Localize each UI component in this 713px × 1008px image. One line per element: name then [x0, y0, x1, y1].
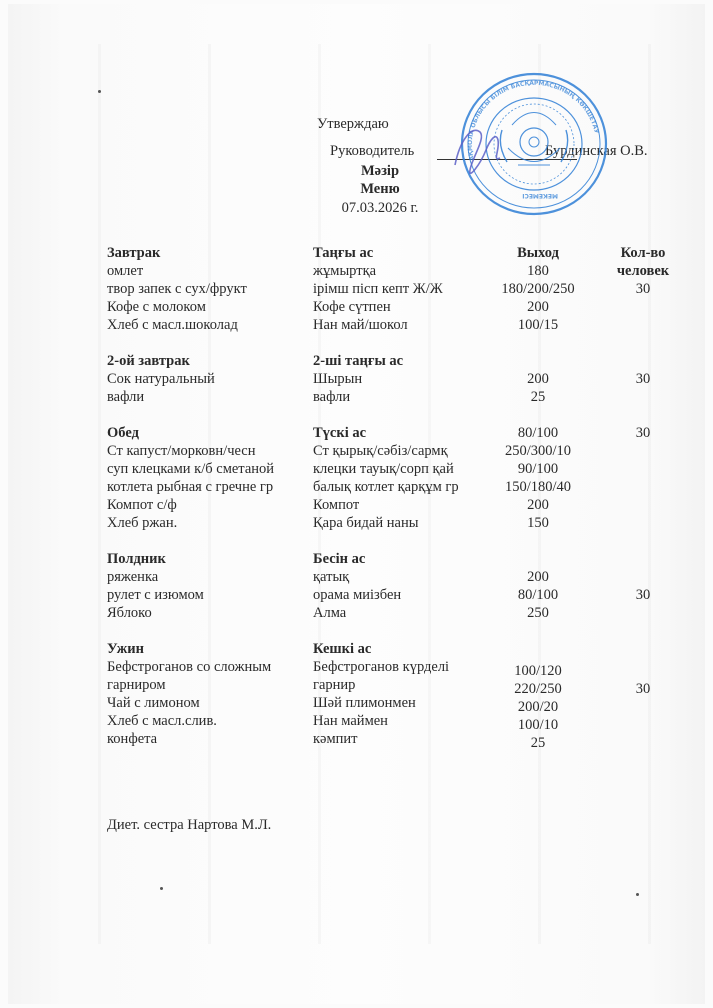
- menu-item-ru: Чай с лимоном: [107, 694, 274, 712]
- menu-item-kz: Нан май/шокол: [313, 316, 459, 334]
- yield-header: Выход: [488, 244, 588, 262]
- menu-item-kz: Қара бидай наны: [313, 514, 459, 532]
- yield-value: 220/250: [488, 680, 588, 698]
- scan-speck: [636, 893, 639, 896]
- menu-date: 07.03.2026 г.: [310, 200, 450, 217]
- meal-title-kz: Кешкі ас: [313, 640, 459, 658]
- yield-value: 80/100: [488, 586, 588, 604]
- count-value: 30: [598, 370, 688, 388]
- meal-title-ru: Полдник: [107, 550, 274, 568]
- approve-label: Утверждаю: [317, 116, 389, 133]
- menu-item-ru: гарниром: [107, 676, 274, 694]
- menu-item-ru: Ст капуст/морковн/чесн: [107, 442, 274, 460]
- count-header-line2: человек: [598, 262, 688, 280]
- menu-item-ru: ряженка: [107, 568, 274, 586]
- menu-item-kz: Алма: [313, 604, 459, 622]
- yield-value: 200: [488, 370, 588, 388]
- yield-value: 150: [488, 514, 588, 532]
- menu-item-ru: Хлеб ржан.: [107, 514, 274, 532]
- yield-value: 180: [488, 262, 588, 280]
- menu-item-kz: Кофе сүтпен: [313, 298, 459, 316]
- yield-value: 100/15: [488, 316, 588, 334]
- menu-item-kz: балық котлет қарқұм гр: [313, 478, 459, 496]
- menu-item-ru: котлета рыбная с гречне гр: [107, 478, 274, 496]
- official-stamp-icon: АҚМОЛА ОБЛЫСЫ БІЛІМ БАСҚАРМАСЫНЫҢ КӨКШЕТ…: [452, 70, 610, 220]
- menu-item-kz: гарнир: [313, 676, 459, 694]
- menu-item-kz: кәмпит: [313, 730, 459, 748]
- menu-column-kz: Таңғы ас жұмыртқа ірімш пісп кепт Ж/Ж Ко…: [313, 244, 459, 748]
- meal-title-ru: Обед: [107, 424, 274, 442]
- menu-item-ru: Компот с/ф: [107, 496, 274, 514]
- menu-item-ru: конфета: [107, 730, 274, 748]
- meal-title-ru: Завтрак: [107, 244, 274, 262]
- yield-value: 200: [488, 496, 588, 514]
- meal-title-kz: Таңғы ас: [313, 244, 459, 262]
- count-value: 30: [598, 586, 688, 604]
- position-label: Руководитель: [330, 143, 414, 160]
- menu-item-kz: Ст қырық/сәбіз/сармқ: [313, 442, 459, 460]
- yield-value: 25: [488, 734, 588, 752]
- yield-value: 180/200/250: [488, 280, 588, 298]
- count-column: Кол-во человек 30 30 30 30 30: [598, 244, 688, 698]
- meal-title-ru: 2-ой завтрак: [107, 352, 274, 370]
- yield-value: 80/100: [488, 424, 588, 442]
- yield-value: 250: [488, 604, 588, 622]
- menu-item-kz: орама миізбен: [313, 586, 459, 604]
- menu-item-kz: клецки тауық/сорп қай: [313, 460, 459, 478]
- menu-item-ru: омлет: [107, 262, 274, 280]
- menu-item-kz: ірімш пісп кепт Ж/Ж: [313, 280, 459, 298]
- scan-speck: [160, 887, 163, 890]
- menu-item-ru: рулет с изюмом: [107, 586, 274, 604]
- yield-value: 150/180/40: [488, 478, 588, 496]
- yield-value: 200: [488, 298, 588, 316]
- menu-item-ru: Хлеб с масл.слив.: [107, 712, 274, 730]
- menu-item-kz: вафли: [313, 388, 459, 406]
- menu-item-kz: Шырын: [313, 370, 459, 388]
- count-value: 30: [598, 424, 688, 442]
- scan-speck: [98, 90, 101, 93]
- yield-value: 90/100: [488, 460, 588, 478]
- yield-value: 200/20: [488, 698, 588, 716]
- yield-value: 200: [488, 568, 588, 586]
- meal-title-kz: 2-ші таңғы ас: [313, 352, 459, 370]
- menu-item-ru: вафли: [107, 388, 274, 406]
- menu-item-ru: твор запек с сух/фрукт: [107, 280, 274, 298]
- title-kz: Мәзір: [330, 163, 430, 180]
- menu-item-ru: суп клецками к/б сметаной: [107, 460, 274, 478]
- menu-item-kz: жұмыртқа: [313, 262, 459, 280]
- menu-item-ru: Хлеб с масл.шоколад: [107, 316, 274, 334]
- meal-title-kz: Түскі ас: [313, 424, 459, 442]
- yield-value: 100/120: [488, 662, 588, 680]
- yield-value: 25: [488, 388, 588, 406]
- dietitian-signature: Диет. сестра Нартова М.Л.: [107, 817, 271, 834]
- menu-item-kz: Компот: [313, 496, 459, 514]
- count-value: 30: [598, 680, 688, 698]
- count-header-line1: Кол-во: [598, 244, 688, 262]
- title-ru: Меню: [330, 181, 430, 198]
- svg-text:МЕКЕМЕСІ: МЕКЕМЕСІ: [522, 192, 558, 199]
- count-value: 30: [598, 280, 688, 298]
- yield-value: 250/300/10: [488, 442, 588, 460]
- menu-item-kz: Нан маймен: [313, 712, 459, 730]
- meal-title-kz: Бесін ас: [313, 550, 459, 568]
- menu-item-kz: Шәй плимонмен: [313, 694, 459, 712]
- menu-item-ru: Сок натуральный: [107, 370, 274, 388]
- meal-title-ru: Ужин: [107, 640, 274, 658]
- menu-item-ru: Бефстроганов со сложным: [107, 658, 274, 676]
- yield-value: 100/10: [488, 716, 588, 734]
- menu-item-ru: Яблоко: [107, 604, 274, 622]
- menu-column-ru: Завтрак омлет твор запек с сух/фрукт Коф…: [107, 244, 274, 748]
- menu-item-kz: қатық: [313, 568, 459, 586]
- menu-item-ru: Кофе с молоком: [107, 298, 274, 316]
- yield-column: Выход 180 180/200/250 200 100/15 200 25 …: [488, 244, 588, 752]
- menu-item-kz: Бефстроганов күрделі: [313, 658, 459, 676]
